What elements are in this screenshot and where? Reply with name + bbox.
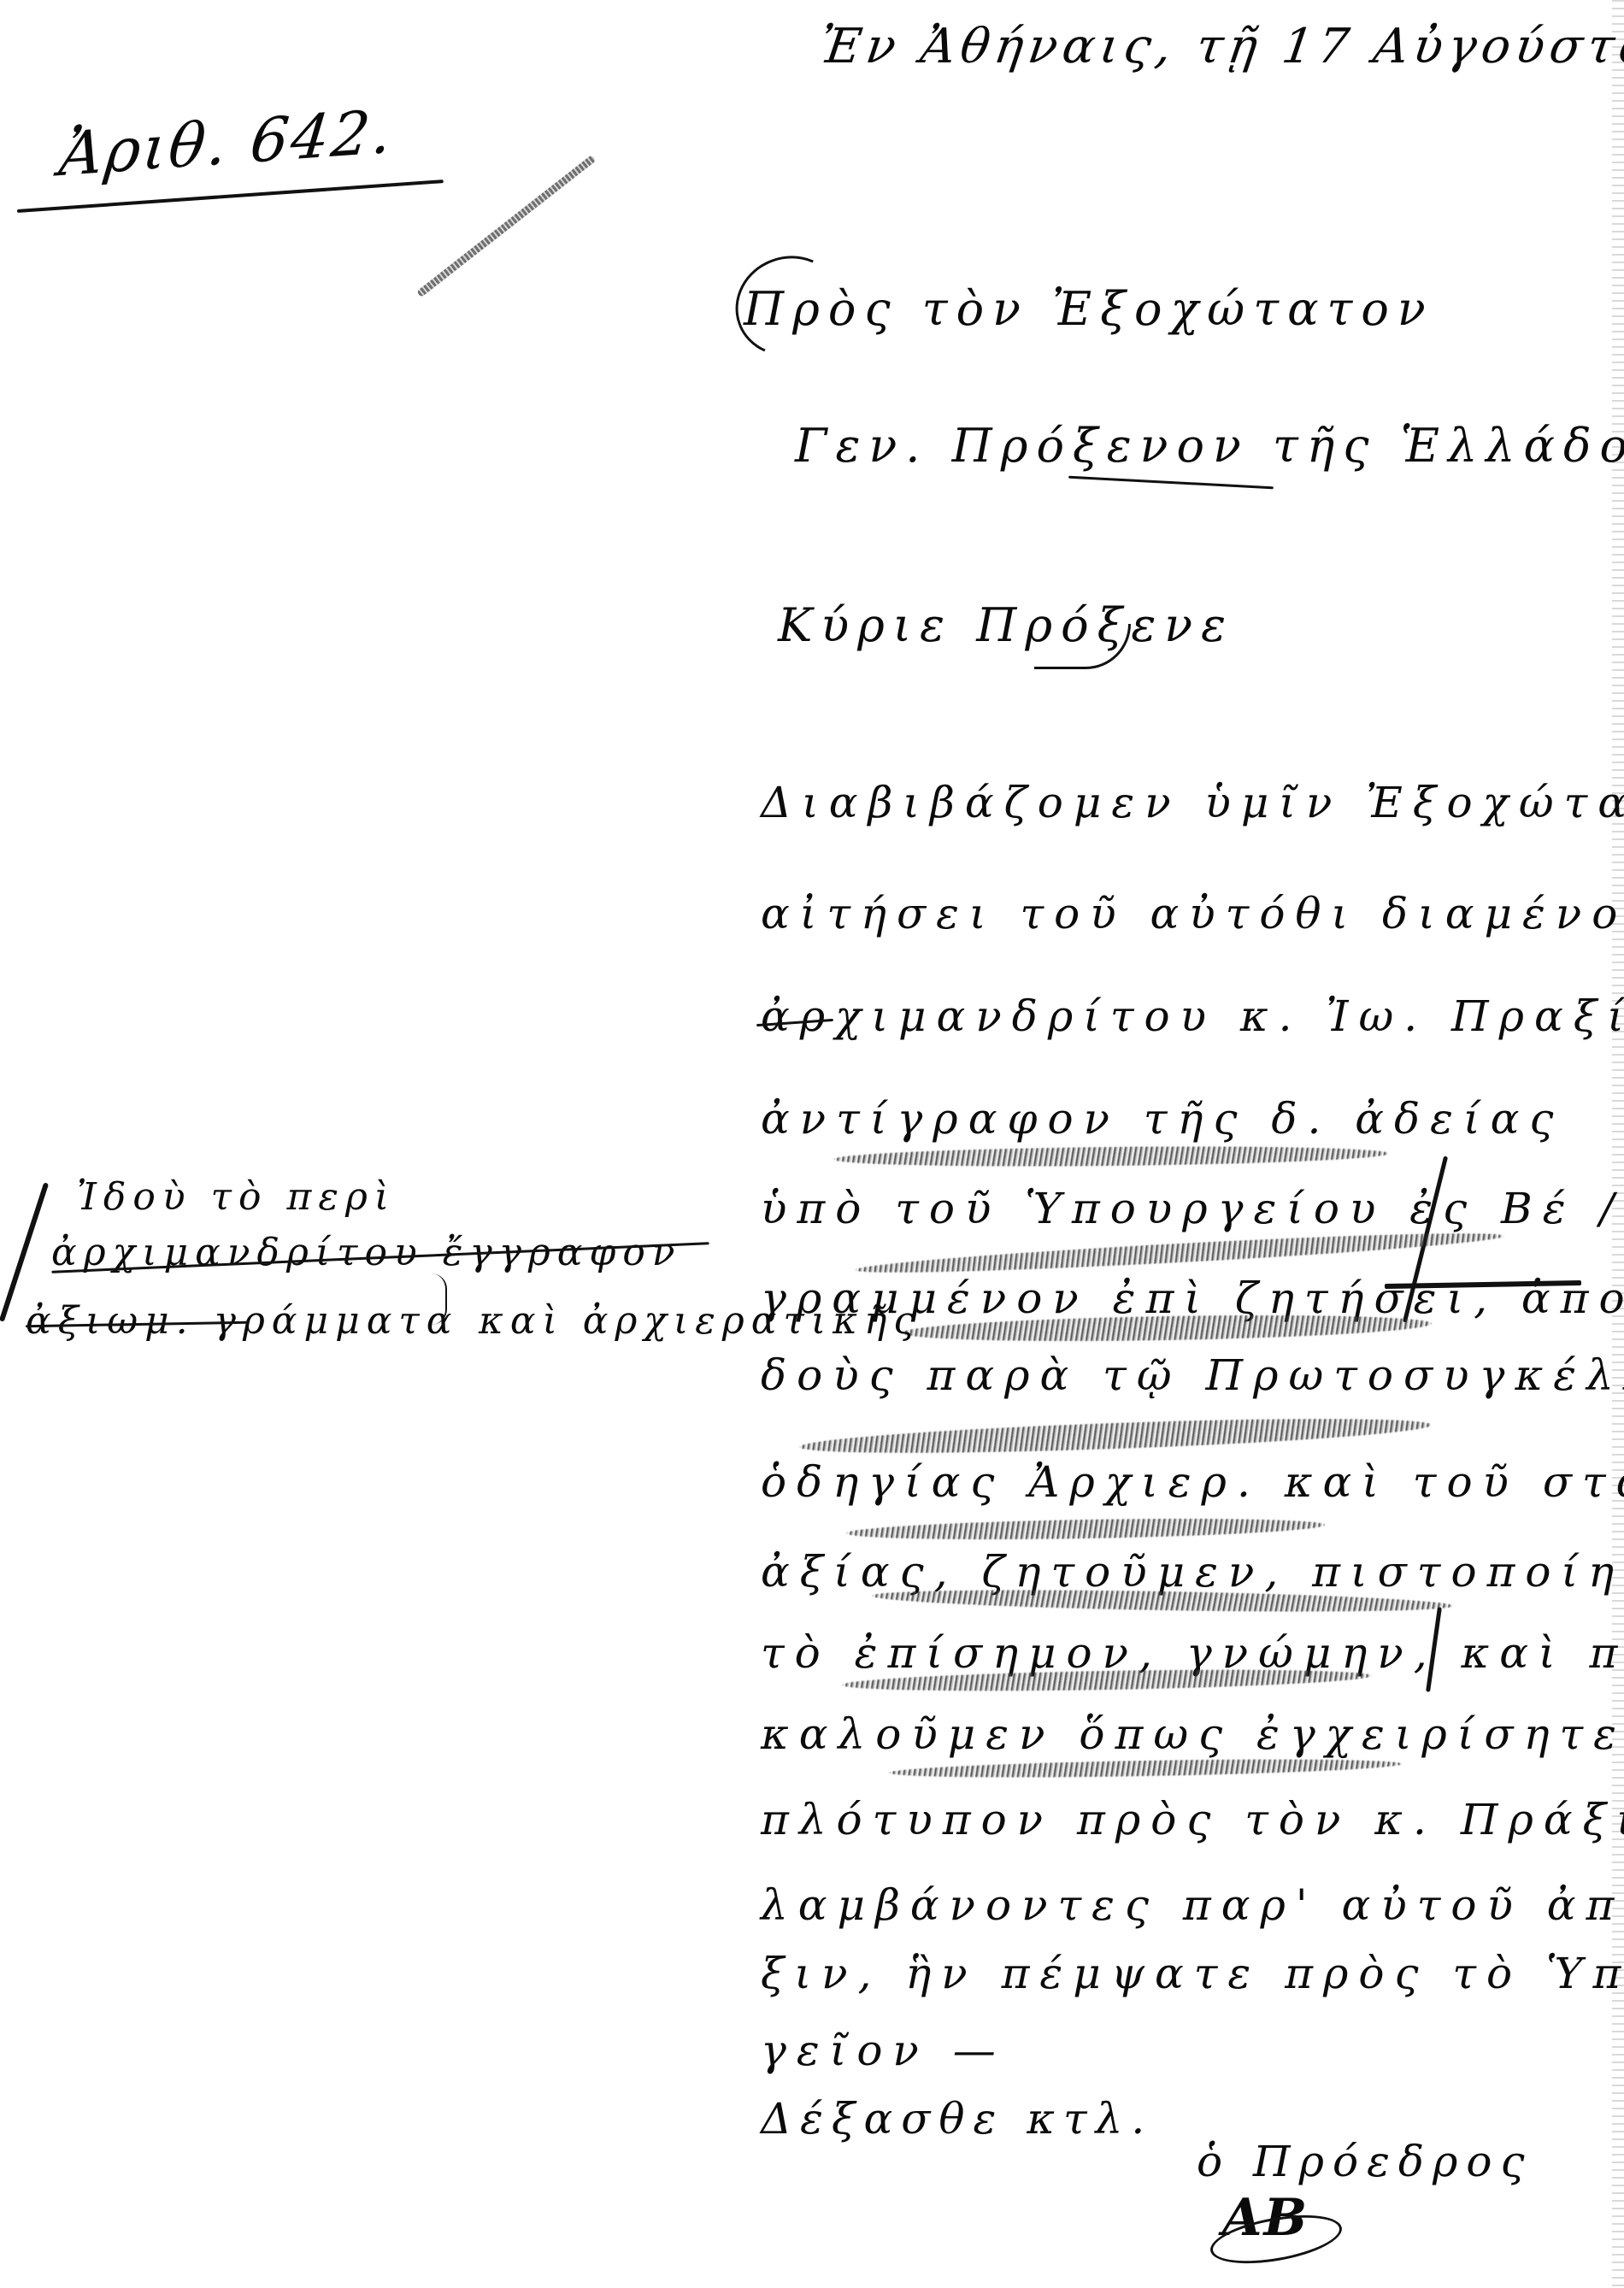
date-line: Ἐν Ἀθήναις, τῇ 17 Αὐγούστου 1871. [816,19,1624,74]
body-line: πλότυπον πρὸς τὸν κ. Πράξιον [761,1795,1624,1844]
body-line: ὑπὸ τοῦ Ὑπουργείου ἐς Βέ / τὴν - [761,1184,1624,1233]
body-line: αἰτήσει τοῦ αὐτόθι διαμένοντος [761,889,1624,938]
pencil-strike [889,1756,1402,1780]
signature-title: ὁ Πρόεδρος [1197,2137,1533,2186]
addressee-line-1: Πρὸς τὸν Ἐξοχώτατον [744,282,1434,336]
closing: Δέξασθε κτλ. [761,2094,1153,2144]
body-line: ξιν, ἣν πέμψατε πρὸς τὸ Ὑπουρ- [761,1949,1624,1998]
salutation-flourish [1034,624,1131,669]
body-line: λαμβάνοντες παρ' αὐτοῦ ἀπόδει- [761,1880,1624,1930]
scanned-letter-page: Ἐν Ἀθήναις, τῇ 17 Αὐγούστου 1871. Ἀριθ. … [0,0,1624,2288]
reference-number: Ἀριθ. 642. [56,96,397,190]
addressee-line-2: Γεν. Πρόξενον τῆς Ἑλλάδος [795,419,1624,473]
salutation: Κύριε Πρόξενε [778,598,1234,652]
body-line: ἀρχιμανδρίτου κ. Ἰω. Πραξίου [761,991,1624,1041]
pencil-strike [833,1144,1389,1169]
body-line: Διαβιβάζομεν ὑμῖν Ἐξοχώτατε [761,778,1624,827]
scan-edge-noise [1612,0,1624,2288]
body-line: ὁδηγίας Ἀρχιερ. καὶ τοῦ σταυροῦ [761,1457,1624,1507]
pencil-strike [799,1412,1433,1460]
body-line: καλοῦμεν ὅπως ἐγχειρίσητε δι- [761,1709,1624,1759]
margin-bracket [432,1273,447,1325]
margin-note-line-1: Ἰδοὺ τὸ περὶ [77,1175,396,1219]
pencil-strike [855,1226,1504,1279]
pencil-diagonal-mark [416,155,596,297]
body-line: δοὺς παρὰ τῷ Πρωτοσυγκέλλῳ ἀξιωμα- [761,1350,1624,1400]
body-line: γεῖον — [761,2026,1006,2075]
pencil-strike [846,1515,1325,1543]
addressee-underline [1068,476,1274,490]
margin-note-continuation: καὶ ἀρχιερατικῆς [479,1299,921,1343]
body-line: ἀξίας, ζητοῦμεν, πιστοποίησιν καὶ [761,1547,1624,1597]
body-line: ἀντίγραφον τῆς δ. ἀδείας [761,1094,1563,1144]
